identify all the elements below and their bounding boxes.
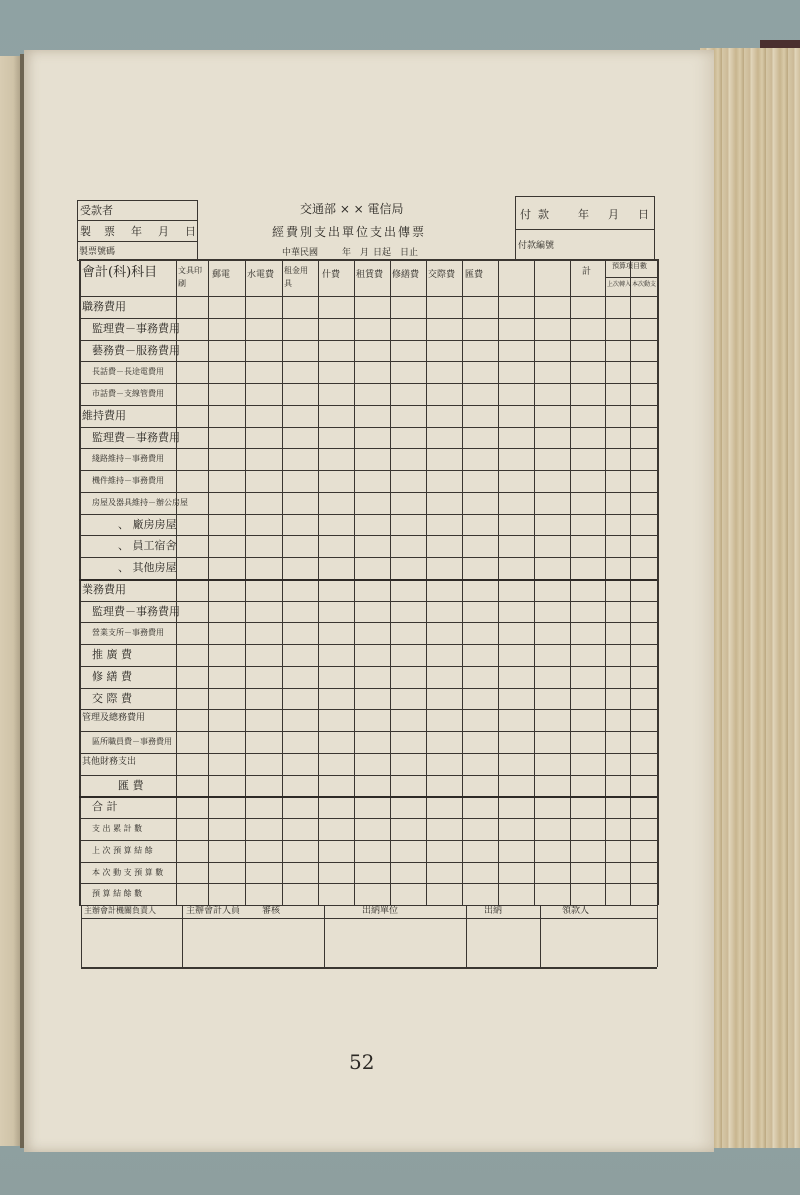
column-subheader: 上次轉入 (607, 282, 631, 288)
column-header: 租賃費 (356, 271, 383, 280)
payee-label: 受款者 (80, 205, 113, 216)
row-label: 監理費－事務費用 (92, 323, 180, 334)
signature-line (81, 918, 657, 919)
grid-hline (79, 688, 657, 689)
signature-label: 主辦會計機關負責人 (84, 907, 156, 915)
voucher-date-year: 年 (131, 226, 142, 237)
column-header: 水電費 (247, 271, 274, 280)
column-header: 文具印刷 (178, 264, 204, 290)
grid-vline (570, 259, 571, 905)
grid-hline (79, 296, 657, 297)
pay-day: 日 (638, 209, 649, 220)
column-header-budget: 預算項目數 (612, 263, 647, 270)
left-page-edge (0, 56, 22, 1146)
row-label: 其他財務支出 (82, 758, 136, 767)
row-label: 修 繕 費 (92, 671, 132, 682)
divider (77, 220, 198, 221)
row-label: 支 出 累 計 數 (92, 825, 142, 833)
grid-vline (462, 259, 463, 905)
signature-label: 出納單位 (362, 907, 398, 916)
period-from: 日起 (373, 249, 391, 258)
grid-hline (79, 340, 657, 341)
grid-hline (79, 622, 657, 623)
pay-month: 月 (608, 209, 619, 220)
row-label: 機件維持－事務費用 (92, 477, 164, 485)
row-label: 監理費－事務費用 (92, 432, 180, 443)
voucher-date-day: 日 (185, 226, 196, 237)
row-label: 綫路維持－事務費用 (92, 455, 164, 463)
voucher-date-label-1: 製 (80, 226, 91, 237)
row-label: 交 際 費 (92, 693, 132, 704)
row-label: 本 次 動 支 預 算 數 (92, 869, 163, 877)
row-label: 區所職員費－事務費用 (92, 738, 172, 746)
column-header: 會計(科)科目 (82, 266, 157, 279)
org-title: 交通部 × × 電信局 (300, 203, 404, 215)
grid-vline (657, 259, 659, 905)
column-header: 匯費 (465, 271, 483, 280)
row-label: 職務費用 (82, 301, 126, 312)
row-label: 上 次 預 算 結 餘 (92, 847, 153, 855)
row-label: 匯 費 (118, 780, 144, 791)
column-header: 什費 (322, 271, 340, 280)
grid-vline (318, 259, 319, 905)
grid-hline (79, 492, 657, 493)
signature-line (540, 905, 541, 967)
pay-label-2: 款 (538, 209, 549, 220)
grid-vline (79, 259, 81, 905)
voucher-date-label-2: 票 (104, 226, 115, 237)
column-header: 修繕費 (392, 271, 419, 280)
grid-vline (426, 259, 427, 905)
signature-line (324, 905, 325, 967)
page-number: 52 (349, 1050, 374, 1074)
grid-hline (79, 709, 657, 710)
row-label: 維持費用 (82, 410, 126, 421)
signature-line (466, 905, 467, 967)
grid-hline (79, 775, 657, 776)
signature-label: 審核 (262, 907, 280, 916)
grid-vline (208, 259, 209, 905)
voucher-date-month: 月 (158, 226, 169, 237)
grid-hline (79, 448, 657, 449)
grid-vline (354, 259, 355, 905)
column-subheader: 本次動支 (632, 282, 656, 288)
row-label: 、 員工宿舍 (118, 540, 177, 551)
grid-vline (605, 259, 606, 905)
row-label: 、 其他房屋 (118, 562, 177, 573)
row-label: 業務費用 (82, 584, 126, 595)
grid-hline (79, 579, 657, 581)
row-label: 營業支所－事務費用 (92, 629, 164, 637)
pay-label-1: 付 (520, 209, 531, 220)
grid-hline (79, 361, 657, 362)
form-title: 經費別支出單位支出傳票 (272, 226, 426, 238)
grid-hline (605, 277, 657, 278)
divider (77, 241, 198, 242)
period-era: 中華民國 (282, 249, 318, 258)
grid-hline (79, 796, 657, 798)
pay-no-label: 付款編號 (518, 242, 554, 251)
grid-hline (79, 383, 657, 384)
row-label: 推 廣 費 (92, 649, 132, 660)
grid-hline (79, 666, 657, 667)
grid-hline (79, 818, 657, 819)
signature-line (182, 905, 183, 967)
column-header: 交際費 (428, 271, 455, 280)
grid-hline (79, 318, 657, 319)
period-month: 月 (360, 249, 369, 258)
grid-vline (390, 259, 391, 905)
grid-hline (79, 862, 657, 863)
column-header: 郵電 (212, 271, 230, 280)
grid-vline (534, 259, 535, 905)
grid-hline (79, 259, 657, 261)
signature-line (657, 905, 658, 967)
grid-vline (282, 259, 283, 905)
grid-hline (79, 753, 657, 754)
divider (515, 229, 655, 230)
grid-hline (79, 601, 657, 602)
signature-line (81, 905, 82, 967)
grid-hline (79, 840, 657, 841)
signature-label: 出納 (484, 907, 502, 916)
column-header: 計 (582, 268, 591, 277)
grid-hline (79, 514, 657, 515)
pay-year: 年 (578, 209, 589, 220)
grid-vline (630, 259, 631, 905)
period-year: 年 (342, 249, 351, 258)
row-label: 、 廠房房屋 (118, 519, 177, 530)
row-label: 預 算 結 餘 數 (92, 890, 142, 898)
row-label: 監理費－事務費用 (92, 606, 180, 617)
column-header: 租金用具 (284, 264, 310, 290)
row-label: 藝務費－服務費用 (92, 345, 180, 356)
row-label: 合 計 (92, 801, 118, 812)
period-to: 日止 (400, 249, 418, 258)
grid-vline (245, 259, 246, 905)
grid-hline (79, 557, 657, 558)
book-gutter (20, 54, 24, 1148)
row-label: 管理及總務費用 (82, 714, 145, 723)
grid-hline (79, 644, 657, 645)
page-stack-edge (700, 48, 800, 1148)
row-label: 長話費－長途電費用 (92, 368, 164, 376)
signature-line (81, 967, 657, 969)
grid-hline (79, 427, 657, 428)
voucher-no-label: 製票號碼 (79, 248, 115, 257)
row-label: 市話費－支線管費用 (92, 390, 164, 398)
grid-hline (79, 405, 657, 406)
grid-hline (79, 470, 657, 471)
grid-vline (498, 259, 499, 905)
grid-hline (79, 535, 657, 536)
signature-label: 領款人 (562, 907, 589, 916)
row-label: 房屋及器具維持－辦公房屋 (92, 499, 188, 507)
grid-hline (79, 731, 657, 732)
signature-label: 主辦會計人員 (186, 907, 240, 916)
grid-hline (79, 883, 657, 884)
